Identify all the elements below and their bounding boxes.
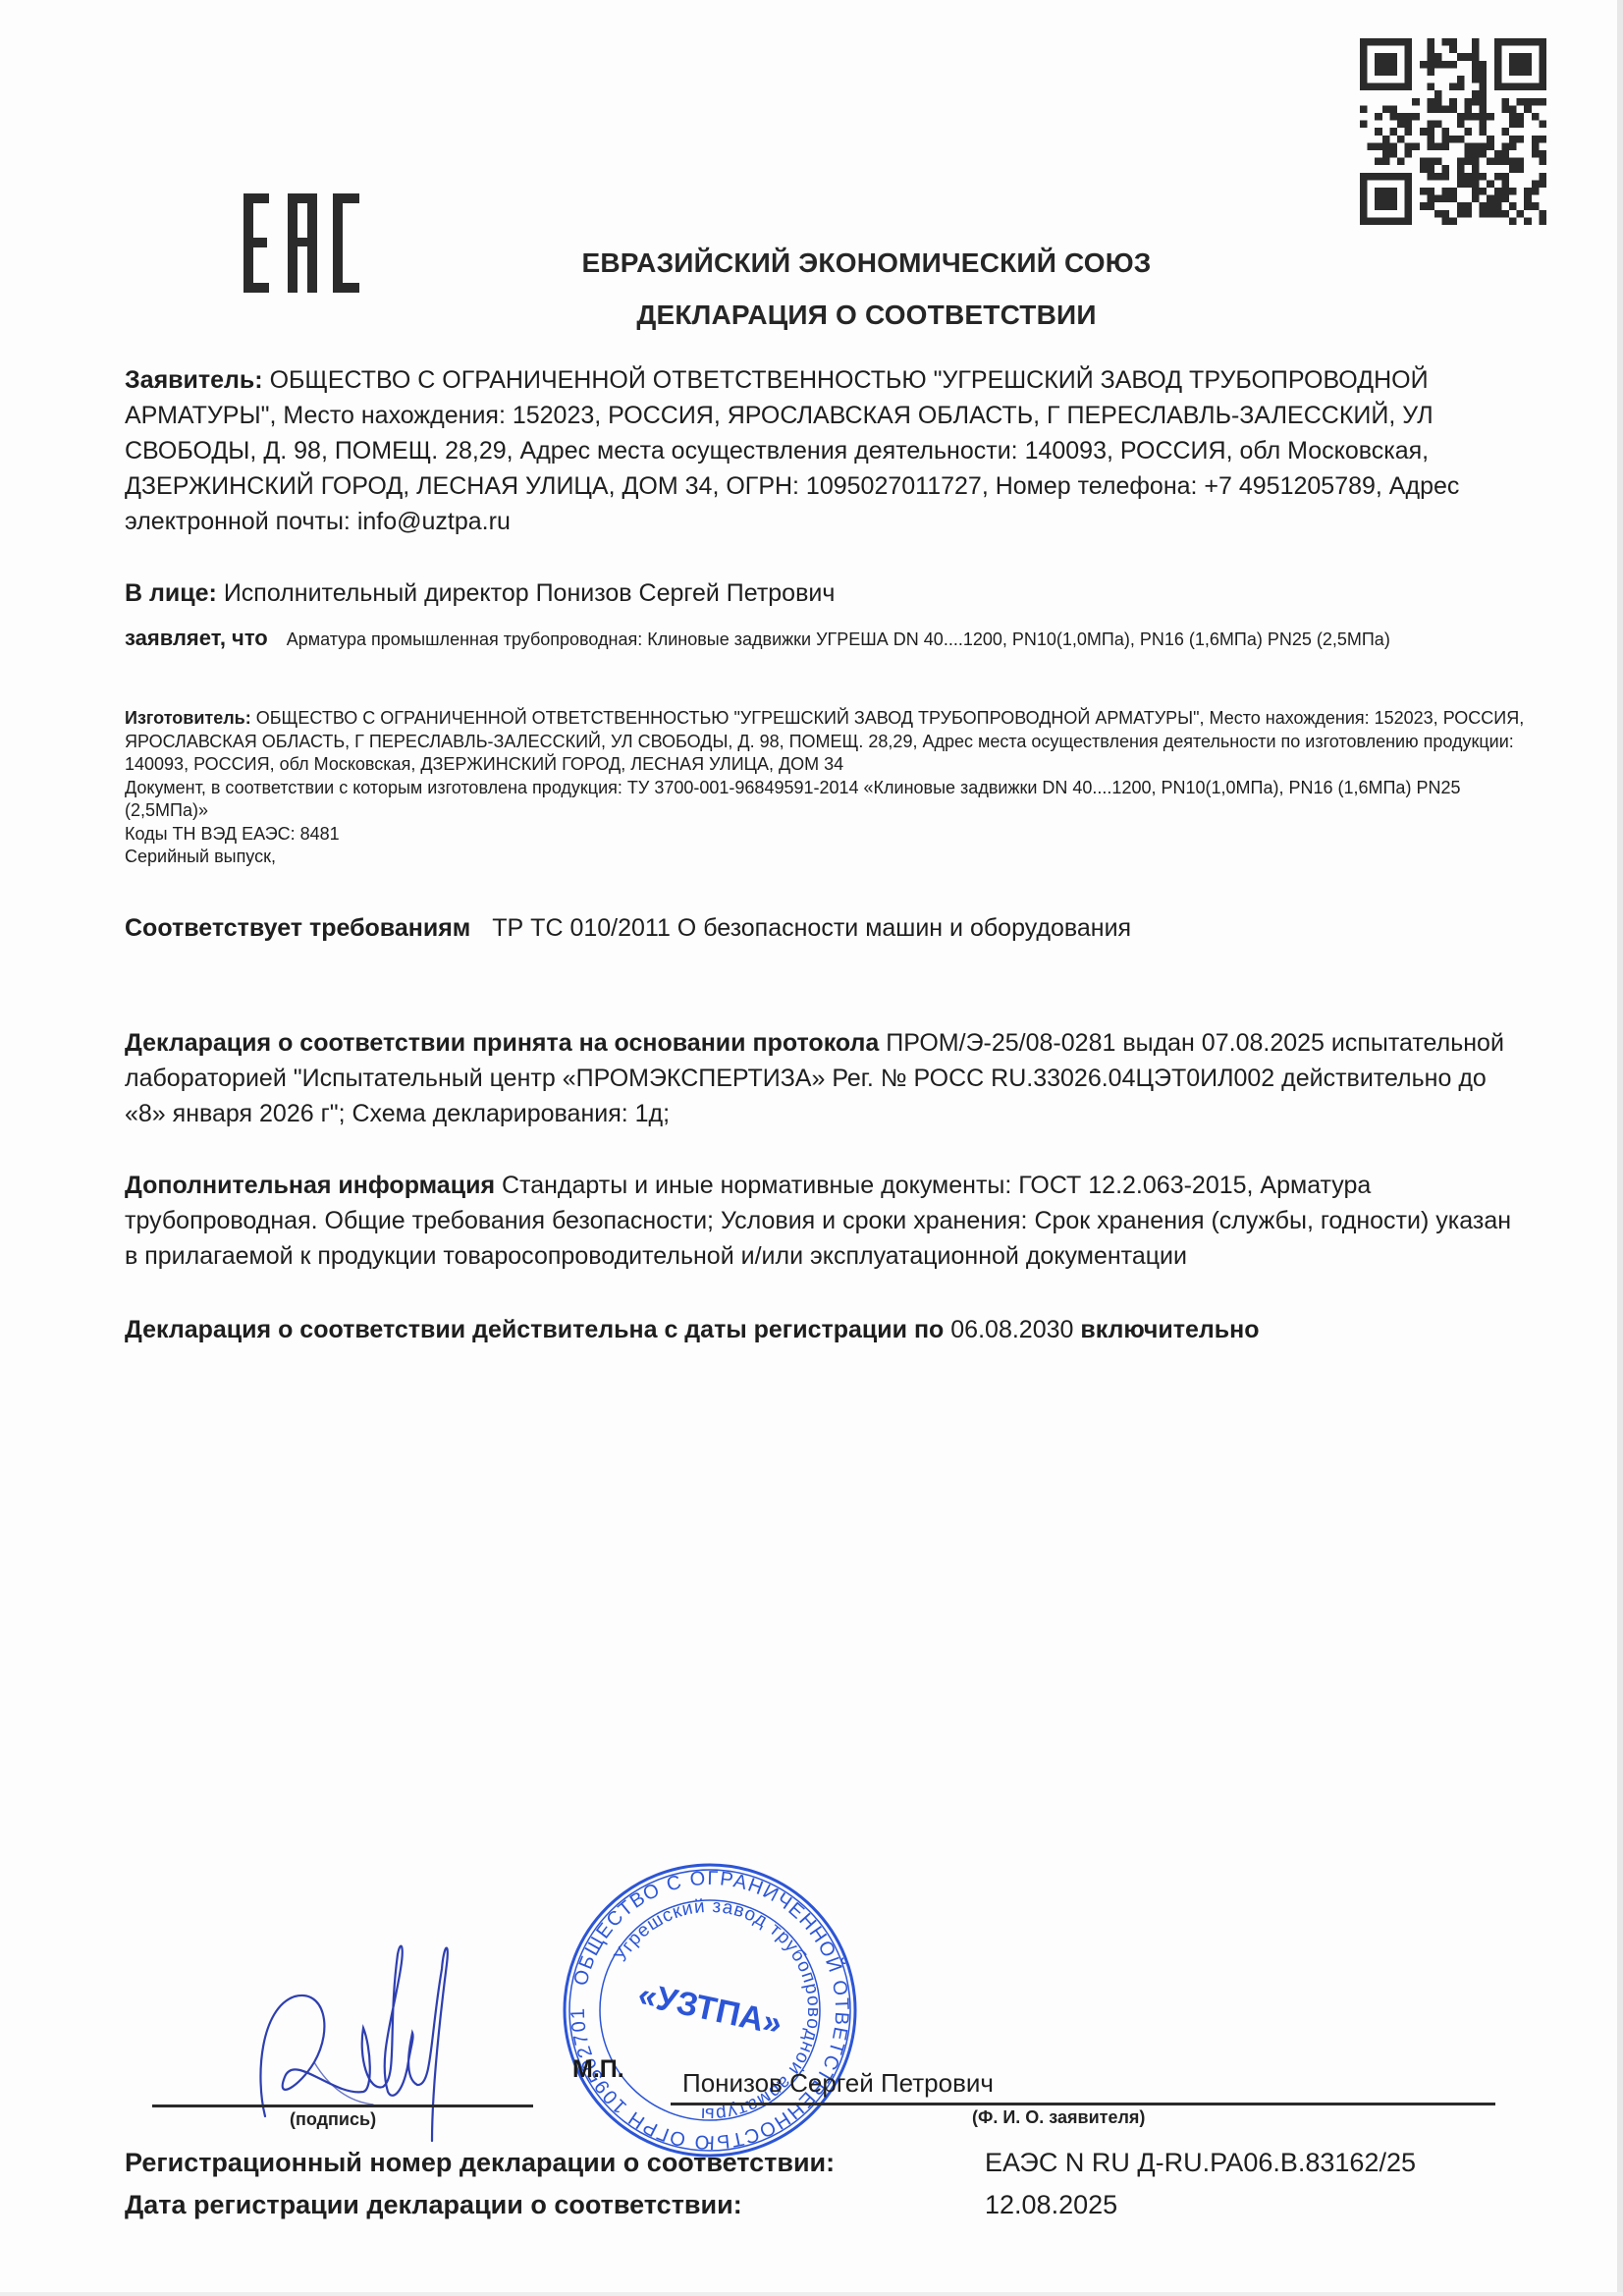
scan-edge [1617,0,1623,2296]
registration-number-label: Регистрационный номер декларации о соотв… [125,2148,835,2178]
complies-section: Соответствует требованиямТР ТС 010/2011 … [125,910,1529,946]
production-document: Документ, в соответствии с которым изгот… [125,777,1529,823]
in-person-label: В лице: [125,579,217,607]
signer-name: Понизов Сергей Петрович [682,2068,994,2099]
applicant-text: ОБЩЕСТВО С ОГРАНИЧЕННОЙ ОТВЕТСТВЕННОСТЬЮ… [125,366,1459,535]
validity-suffix: включительно [1080,1316,1259,1343]
document-title: ДЕКЛАРАЦИЯ О СООТВЕТСТВИИ [0,300,1623,331]
in-person-section: В лице: Исполнительный директор Понизов … [125,575,1529,611]
signature-caption: (подпись) [290,2109,376,2130]
company-stamp: ОБЩЕСТВО С ОГРАНИЧЕННОЙ ОТВЕТСТВЕННОСТЬЮ… [558,1861,862,2160]
release-type: Серийный выпуск, [125,846,1529,869]
scan-edge-bottom [0,2292,1623,2296]
product-description: Арматура промышленная трубопроводная: Кл… [287,629,1390,649]
svg-text:«УЗТПА»: «УЗТПА» [635,1976,785,2043]
declares-label: заявляет, что [125,626,268,650]
complies-label: Соответствует требованиям [125,914,470,942]
name-line [671,2103,1495,2105]
protocol-section: Декларация о соответствии принята на осн… [125,1025,1529,1131]
additional-info-section: Дополнительная информация Стандарты и ин… [125,1168,1529,1274]
additional-info-label: Дополнительная информация [125,1172,495,1199]
validity-label: Декларация о соответствии действительна … [125,1316,944,1343]
signature-line [152,2105,533,2107]
tn-ved-codes: Коды ТН ВЭД ЕАЭС: 8481 [125,823,1529,847]
manufacturer-section: Изготовитель: ОБЩЕСТВО С ОГРАНИЧЕННОЙ ОТ… [125,707,1529,869]
protocol-label: Декларация о соответствии принята на осн… [125,1029,879,1057]
manufacturer-text: ОБЩЕСТВО С ОГРАНИЧЕННОЙ ОТВЕТСТВЕННОСТЬЮ… [125,708,1524,774]
validity-date: 06.08.2030 [950,1316,1073,1343]
qr-code-icon[interactable] [1360,37,1546,226]
stamp-place-mark: М.П. [572,2055,624,2084]
name-caption: (Ф. И. О. заявителя) [972,2107,1145,2128]
applicant-section: Заявитель: ОБЩЕСТВО С ОГРАНИЧЕННОЙ ОТВЕТ… [125,362,1529,539]
in-person-text: Исполнительный директор Понизов Сергей П… [224,579,836,607]
applicant-label: Заявитель: [125,366,263,394]
registration-number: ЕАЭС N RU Д-RU.РА06.В.83162/25 [985,2148,1416,2178]
validity-section: Декларация о соответствии действительна … [125,1312,1303,1347]
union-title: ЕВРАЗИЙСКИЙ ЭКОНОМИЧЕСКИЙ СОЮЗ [0,247,1623,279]
technical-regulation: ТР ТС 010/2011 О безопасности машин и об… [492,914,1131,942]
manufacturer-label: Изготовитель: [125,708,251,728]
declares-section: заявляет, что Арматура промышленная труб… [125,627,1529,652]
registration-date: 12.08.2025 [985,2190,1117,2220]
declaration-page: ЕВРАЗИЙСКИЙ ЭКОНОМИЧЕСКИЙ СОЮЗ ДЕКЛАРАЦИ… [0,0,1623,2296]
registration-date-label: Дата регистрации декларации о соответств… [125,2190,742,2220]
